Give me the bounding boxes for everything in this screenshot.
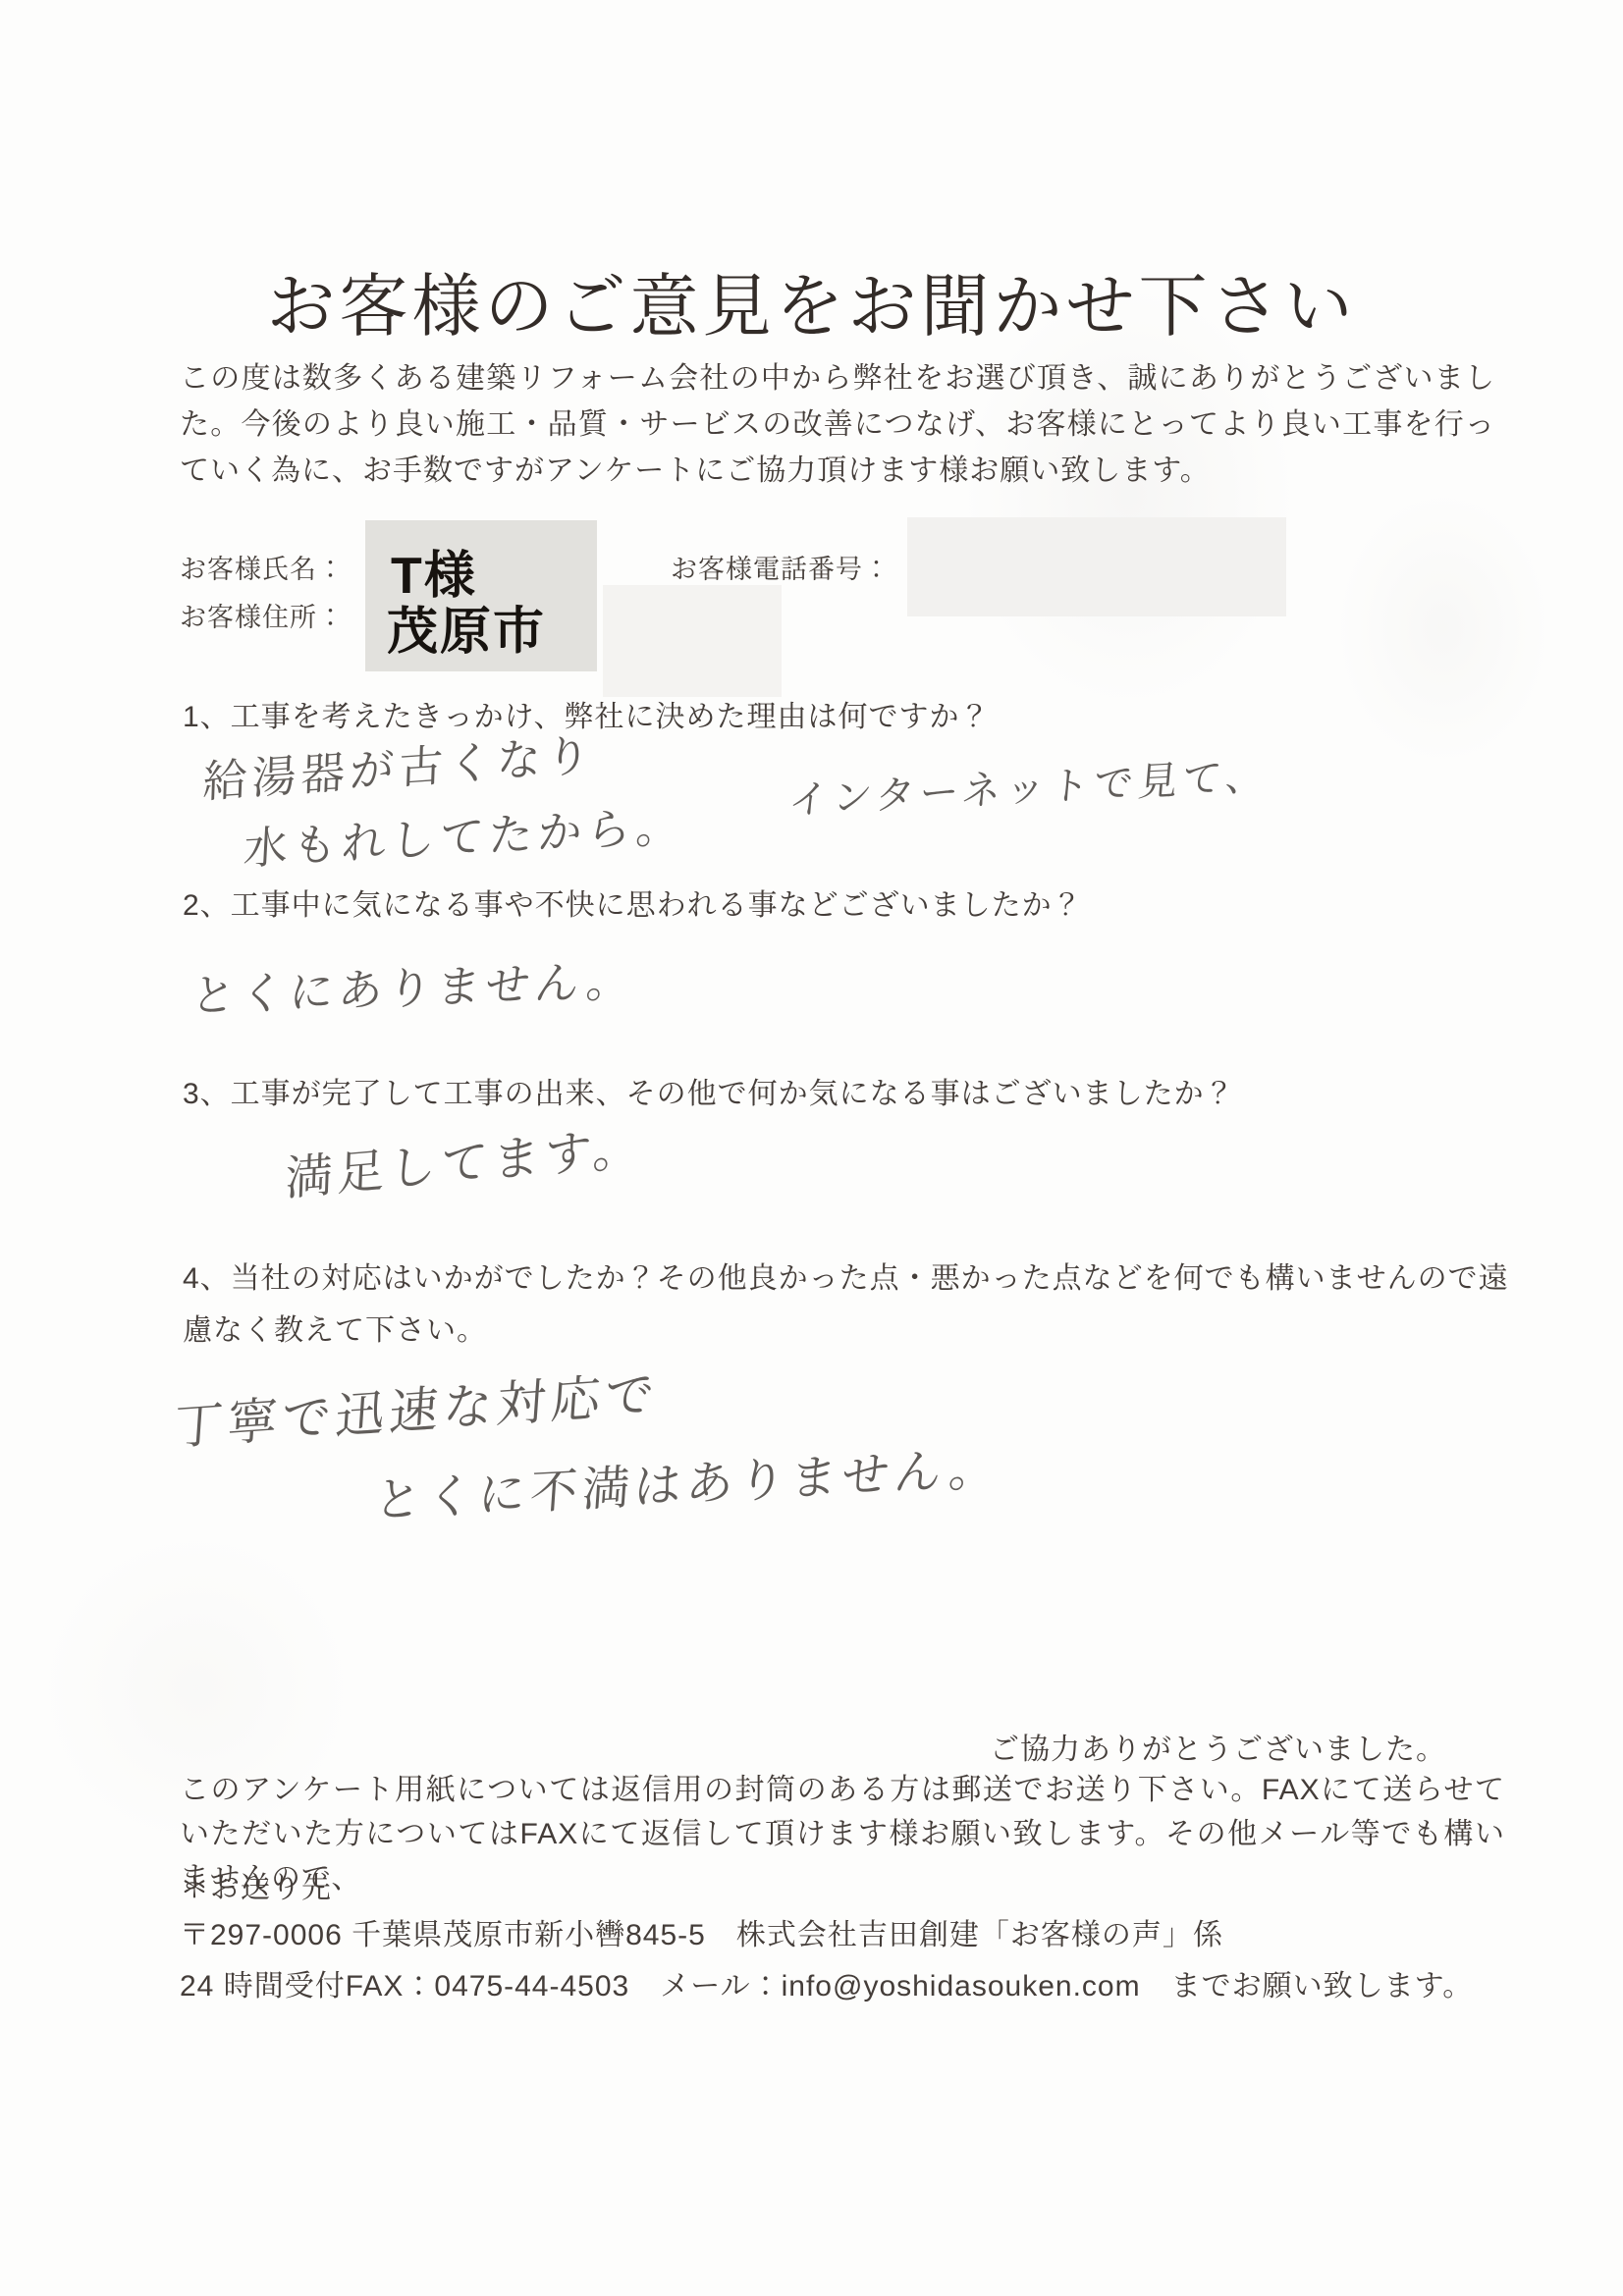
customer-phone-label: お客様電話番号： xyxy=(671,548,891,586)
question-1-handwritten-answer-right: インターネットで見て、 xyxy=(786,744,1272,826)
question-3-handwritten-answer: 満足してます。 xyxy=(285,1109,646,1208)
question-4-handwritten-answer-line2: とくに不満はありません。 xyxy=(372,1430,1003,1531)
question-3-label: 3、工事が完了して工事の出来、その他で何か気になる事はございましたか？ xyxy=(183,1068,1510,1120)
question-4-label: 4、当社の対応はいかがでしたか？その他良かった点・悪かった点などを何でも構いませ… xyxy=(183,1253,1510,1357)
thanks-note: ご協力ありがとうございました。 xyxy=(180,1725,1446,1768)
postal-address-line: 〒297-0006 千葉県茂原市新小轡845-5 株式会社吉田創建「お客様の声」… xyxy=(180,1910,1223,1953)
customer-address-label: お客様住所： xyxy=(180,596,345,634)
address-redaction-box xyxy=(603,585,782,697)
return-instructions: このアンケート用紙については返信用の封筒のある方は郵送でお送り下さい。FAXにて… xyxy=(180,1768,1505,1900)
question-2-label: 2、工事中に気になる事や不快に思われる事などございましたか？ xyxy=(183,880,1510,932)
customer-address-value: 茂原市 xyxy=(387,590,546,664)
intro-paragraph: この度は数多くある建築リフォーム会社の中から弊社をお選び頂き、誠にありがとうござ… xyxy=(180,355,1495,494)
question-4-handwritten-answer-line1: 丁寧で迅速な対応で xyxy=(172,1354,662,1459)
question-1-handwritten-answer-line2: 水もれしてたから。 xyxy=(243,789,687,877)
customer-name-label: お客様氏名： xyxy=(180,548,345,586)
question-2-handwritten-answer: とくにありません。 xyxy=(189,944,638,1024)
phone-redaction-box xyxy=(907,517,1286,616)
send-to-label: ＊お送り先 xyxy=(180,1863,332,1906)
fax-email-line: 24 時間受付FAX：0475-44-4503 メール：info@yoshida… xyxy=(180,1961,1473,2004)
page-title: お客様のご意見をお聞かせ下さい xyxy=(0,251,1623,350)
survey-scan-page: お客様のご意見をお聞かせ下さい この度は数多くある建築リフォーム会社の中から弊社… xyxy=(0,0,1623,2296)
